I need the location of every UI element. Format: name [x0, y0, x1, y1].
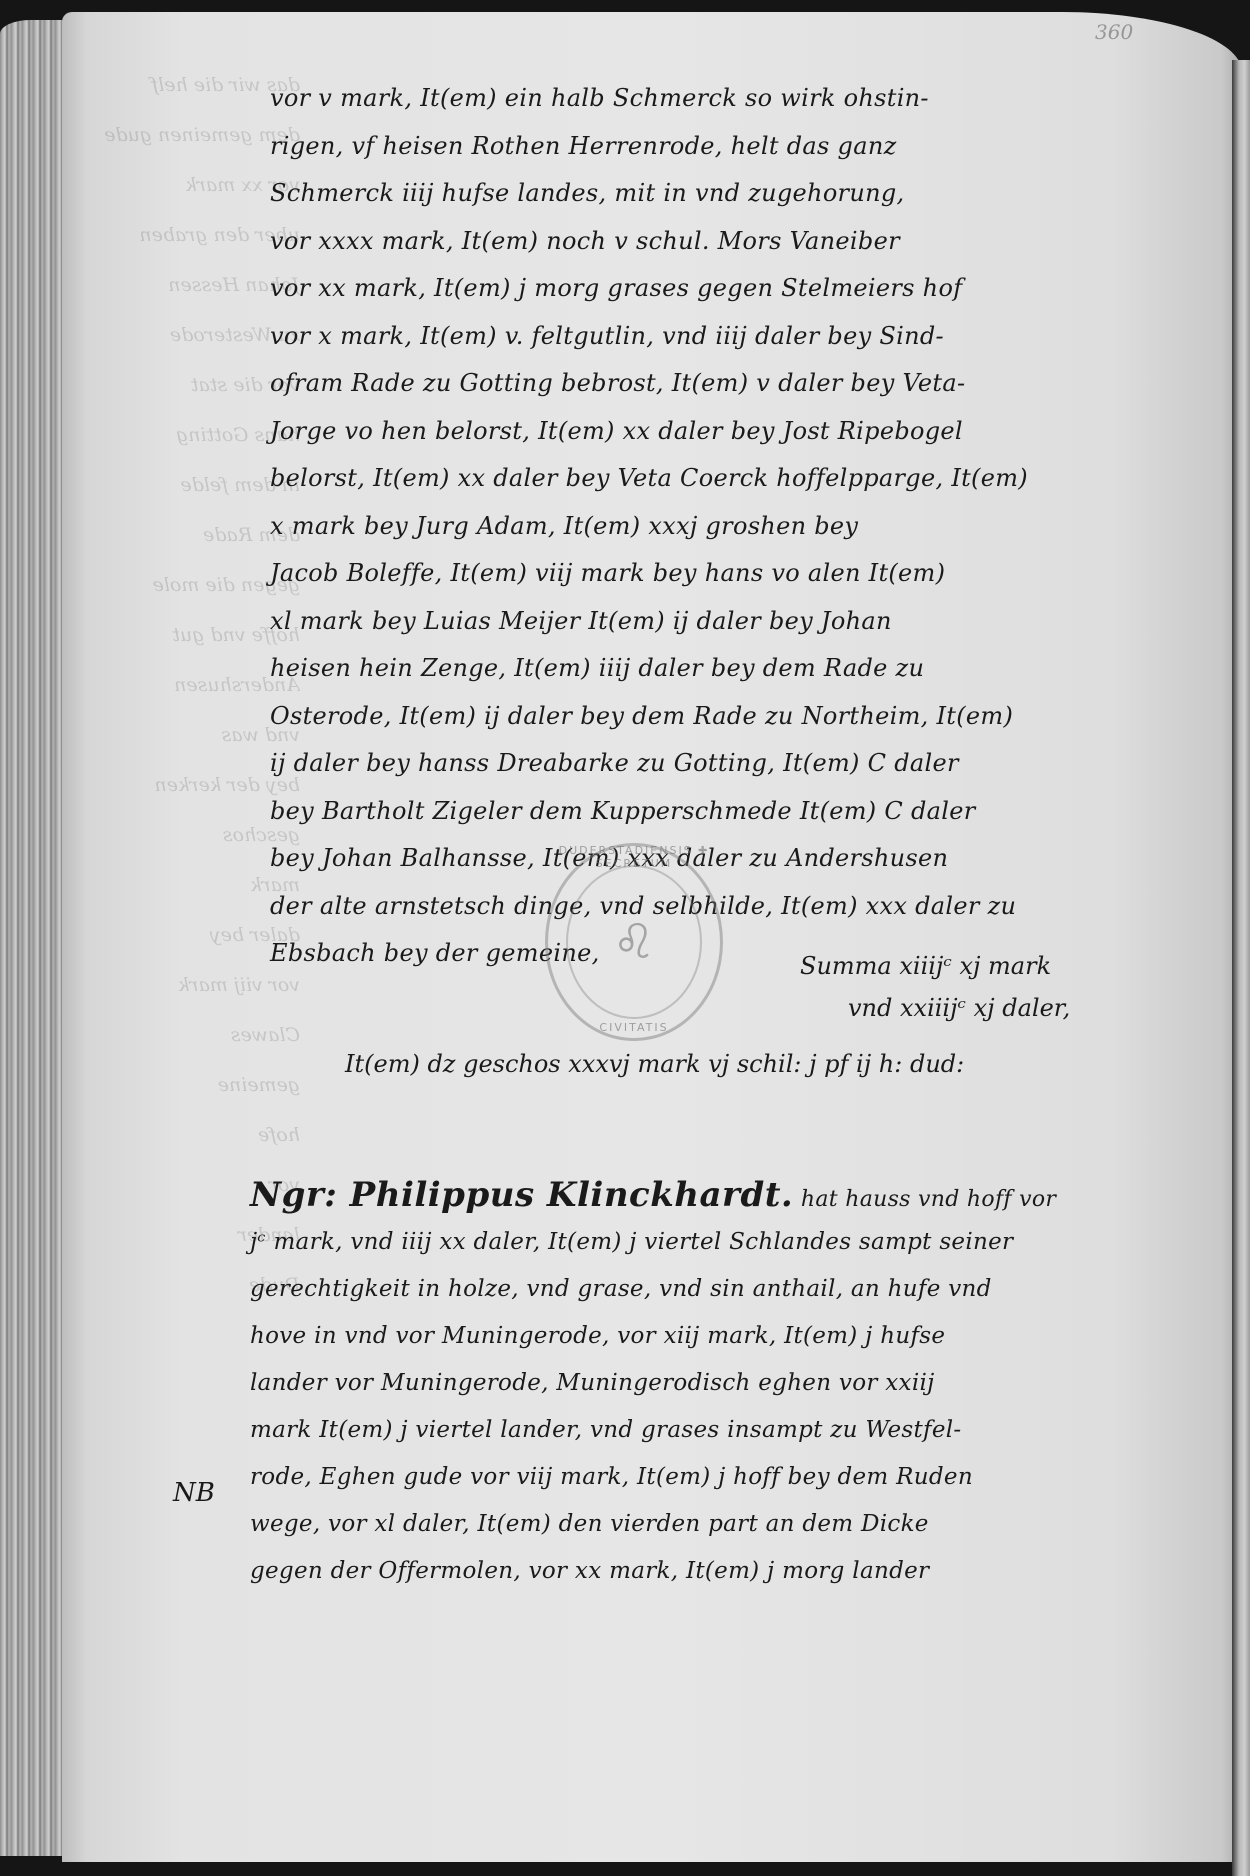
- text-line: Schmerck iiij hufse landes, mit in vnd z…: [270, 170, 1110, 218]
- text-line: vor x mark, It(em) v. feltgutlin, vnd ii…: [270, 313, 1110, 361]
- bleed-line: das wir die helf: [80, 60, 300, 110]
- geschos-total-line: It(em) dz geschos xxxvj mark vj schil: j…: [345, 1050, 964, 1078]
- entry-heading-line: Ngr: Philippus Klinckhardt. hat hauss vn…: [250, 1172, 1130, 1219]
- bleed-line: Clawes: [80, 1010, 300, 1060]
- entry-klinckhardt: Ngr: Philippus Klinckhardt. hat hauss vn…: [250, 1172, 1130, 1595]
- bleed-through-text: das wir die helf dem gemeinen gude vor x…: [80, 60, 300, 1360]
- text-line: ij daler bey hanss Dreabarke zu Gotting,…: [270, 740, 1110, 788]
- entry-line: lander vor Muningerode, Muningerodisch e…: [250, 1360, 1130, 1407]
- bleed-line: vor viij mark: [80, 960, 300, 1010]
- bleed-line: hofe: [80, 1110, 300, 1160]
- entry-line: mark It(em) j viertel lander, vnd grases…: [250, 1407, 1130, 1454]
- entry-heading: Ngr: Philippus Klinckhardt.: [250, 1175, 793, 1215]
- summa-block: Summa xiiijᶜ xj mark vnd xxiiijᶜ xj dale…: [800, 945, 1070, 1029]
- bleed-line: gemeine: [80, 1060, 300, 1110]
- bleed-line: zu Westerode: [80, 310, 300, 360]
- archive-seal-stamp: DUDERSTADIENSIS ✚ SECRETUM ♌ CIVITATIS: [545, 843, 723, 1041]
- bleed-line: hoffe vnd gut: [80, 610, 300, 660]
- bleed-line: bey der kerken: [80, 760, 300, 810]
- text-line: belorst, It(em) xx daler bey Veta Coerck…: [270, 455, 1110, 503]
- seal-inscription-top: DUDERSTADIENSIS ✚ SECRETUM: [548, 844, 720, 870]
- entry-line: rode, Eghen gude vor viij mark, It(em) j…: [250, 1454, 1130, 1501]
- book-gutter: [1232, 60, 1250, 1876]
- bleed-line: vnd was: [80, 710, 300, 760]
- text-line: x mark bey Jurg Adam, It(em) xxxj groshe…: [270, 503, 1110, 551]
- entry-line: gegen der Offermolen, vor xx mark, It(em…: [250, 1548, 1130, 1595]
- bleed-line: hans Gotting: [80, 410, 300, 460]
- text-line: vor xxxx mark, It(em) noch v schul. Mors…: [270, 218, 1110, 266]
- entry-line: hove in vnd vor Muningerode, vor xiij ma…: [250, 1313, 1130, 1360]
- text-line: heisen hein Zenge, It(em) iiij daler bey…: [270, 645, 1110, 693]
- entry-line: wege, vor xl daler, It(em) den vierden p…: [250, 1501, 1130, 1548]
- bleed-line: dem gemeinen gude: [80, 110, 300, 160]
- seal-inscription-bottom: CIVITATIS: [548, 1021, 720, 1034]
- folio-number: 360: [1095, 20, 1133, 44]
- text-line: vor v mark, It(em) ein halb Schmerck so …: [270, 75, 1110, 123]
- entry-heading-tail: hat hauss vnd hoff vor: [801, 1187, 1056, 1212]
- bleed-line: vor die stat: [80, 360, 300, 410]
- text-line: bey Bartholt Zigeler dem Kupperschmede I…: [270, 788, 1110, 836]
- bleed-line: geschos: [80, 810, 300, 860]
- text-line: Jacob Boleffe, It(em) viij mark bey hans…: [270, 550, 1110, 598]
- text-line: xl mark bey Luias Meijer It(em) ij daler…: [270, 598, 1110, 646]
- lion-icon: ♌: [612, 918, 655, 966]
- bleed-line: mark: [80, 860, 300, 910]
- bleed-line: daler bey: [80, 910, 300, 960]
- entry-line: jᶜ mark, vnd iiij xx daler, It(em) j vie…: [250, 1219, 1130, 1266]
- bleed-line: dem Rade: [80, 510, 300, 560]
- text-line: Jorge vo hen belorst, It(em) xx daler be…: [270, 408, 1110, 456]
- bleed-line: Andershusen: [80, 660, 300, 710]
- text-line: rigen, vf heisen Rothen Herrenrode, helt…: [270, 123, 1110, 171]
- summa-line-2: vnd xxiiijᶜ xj daler,: [800, 987, 1070, 1029]
- summa-line-1: Summa xiiijᶜ xj mark: [800, 945, 1070, 987]
- bleed-line: gegen die mole: [80, 560, 300, 610]
- entry-line: gerechtigkeit in holze, vnd grase, vnd s…: [250, 1266, 1130, 1313]
- seal-emblem: ♌: [566, 865, 702, 1019]
- bleed-line: uber den graben: [80, 210, 300, 260]
- text-line: vor xx mark, It(em) j morg grases gegen …: [270, 265, 1110, 313]
- bleed-line: vor xx mark: [80, 160, 300, 210]
- text-line: Osterode, It(em) ij daler bey dem Rade z…: [270, 693, 1110, 741]
- text-line: ofram Rade zu Gotting bebrost, It(em) v …: [270, 360, 1110, 408]
- margin-note-nb: NB: [173, 1478, 215, 1508]
- main-text-block: vor v mark, It(em) ein halb Schmerck so …: [270, 75, 1110, 978]
- bleed-line: Johan Hessen: [80, 260, 300, 310]
- bleed-line: in dem felde: [80, 460, 300, 510]
- book-scan: das wir die helf dem gemeinen gude vor x…: [0, 0, 1250, 1876]
